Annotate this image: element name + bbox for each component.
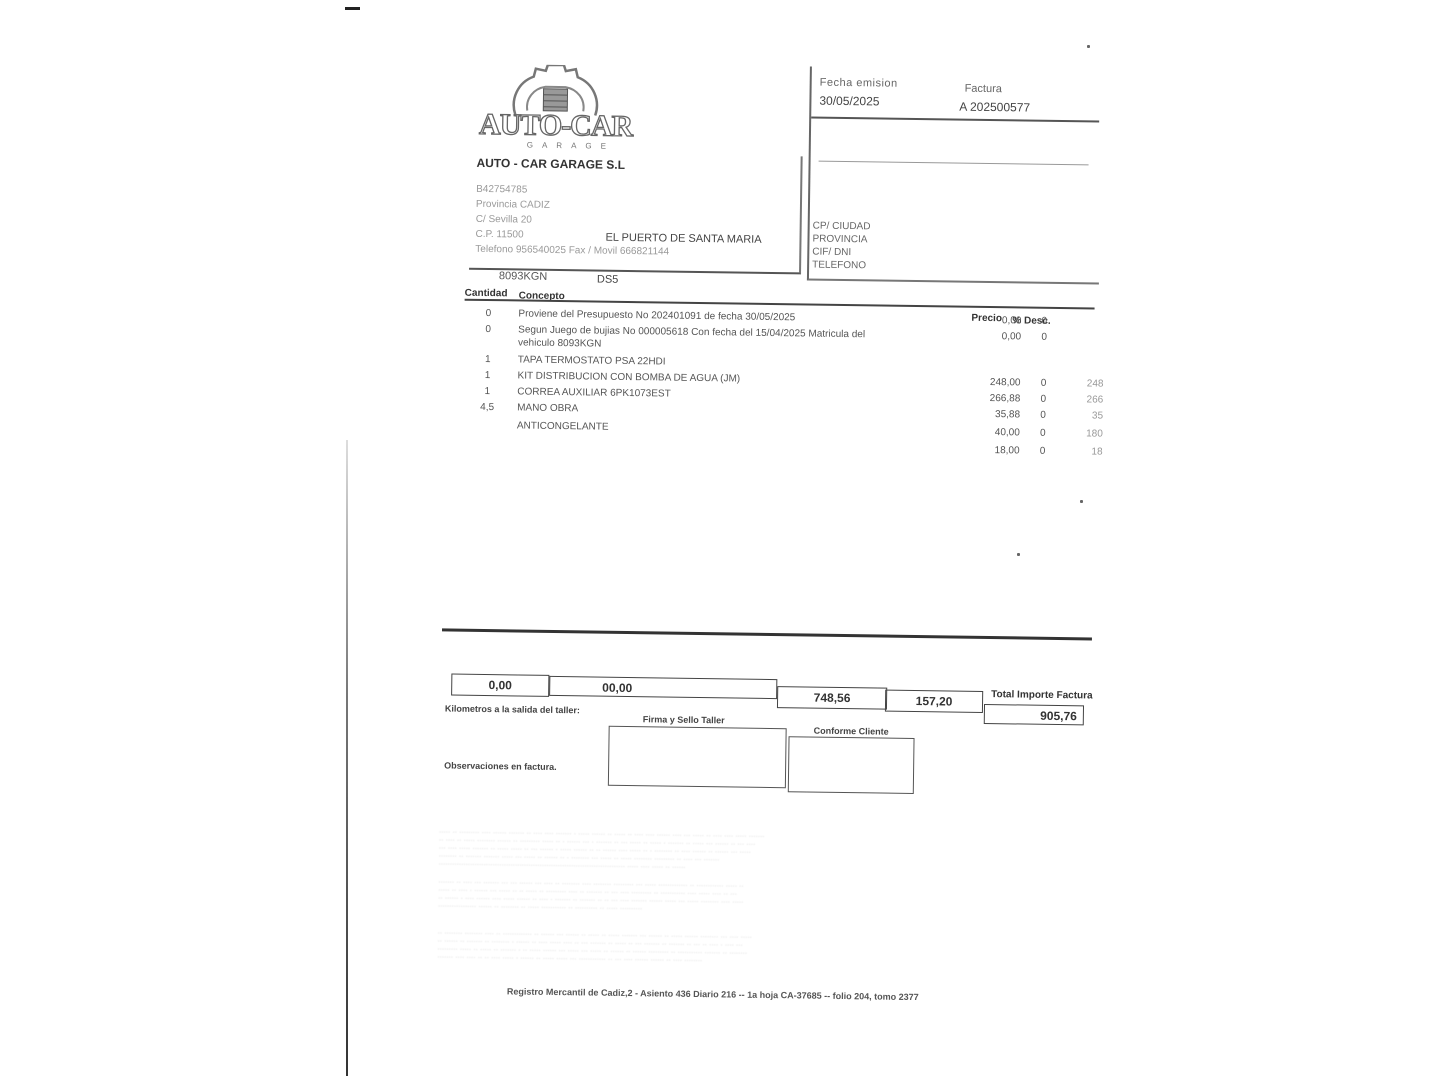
customer-city-label: CP/ CIUDAD <box>813 221 871 233</box>
item-discount: 0 <box>1035 394 1051 405</box>
item-price: 0,00 <box>969 331 1021 343</box>
customer-province-label: PROVINCIA <box>812 234 867 246</box>
item-discount: 0 <box>1034 446 1050 457</box>
observations-label: Observaciones en factura. <box>444 760 557 772</box>
item-discount: 0 <box>1035 428 1051 439</box>
item-price: 266,88 <box>968 393 1020 405</box>
item-quantity: 0 <box>478 324 498 335</box>
workshop-signature-label: Firma y Sello Taller <box>643 714 725 725</box>
item-discount: 0 <box>1035 378 1051 389</box>
invoice-number-label: Factura <box>965 83 1002 96</box>
company-cif: B42754785 <box>476 184 527 196</box>
item-concept: vehiculo 8093KGN <box>518 337 602 349</box>
company-city: EL PUERTO DE SANTA MARIA <box>605 232 761 246</box>
scan-artifact-mark <box>345 7 360 10</box>
item-quantity: 1 <box>478 354 498 365</box>
logo-text: AUTO-CAR <box>479 108 633 144</box>
item-price <box>969 361 1021 362</box>
invoice-total: 905,76 <box>984 704 1084 725</box>
item-discount: 0 <box>1036 332 1052 343</box>
invoice-page: AUTO-CAR GARAGE AUTO - CAR GARAGE S.L B4… <box>426 55 1109 1034</box>
item-amount: 35 <box>1073 410 1103 421</box>
item-concept: CORREA AUXILIAR 6PK1073EST <box>517 386 671 399</box>
company-registry: Registro Mercantil de Cadiz,2 - Asiento … <box>507 986 919 1002</box>
vat-amount: 157,20 <box>885 690 983 713</box>
client-signature-label: Conforme Cliente <box>814 726 889 737</box>
scan-artifact-line <box>346 440 348 1076</box>
legal-paragraph: ....... .. .... ... ....... ... ... ....… <box>438 877 1063 926</box>
totals-box-2: 00,00 <box>549 676 777 699</box>
item-concept: TAPA TERMOSTATO PSA 22HDI <box>518 354 666 367</box>
company-name: AUTO - CAR GARAGE S.L <box>476 156 625 172</box>
item-quantity: 0 <box>478 308 498 319</box>
column-header-qty: Cantidad <box>465 288 508 300</box>
item-price: 35,88 <box>968 409 1020 421</box>
company-logo: AUTO-CAR GARAGE <box>477 64 638 154</box>
item-price: 0,00 <box>969 315 1021 327</box>
item-price: 18,00 <box>967 445 1019 457</box>
totals-box-1: 0,00 <box>451 674 549 697</box>
company-province: Provincia CADIZ <box>476 199 550 211</box>
company-street: C/ Sevilla 20 <box>476 214 532 226</box>
tax-base: 748,56 <box>777 686 887 710</box>
item-amount: 18 <box>1072 446 1102 457</box>
customer-id-label: CIF/ DNI <box>812 247 851 259</box>
item-quantity: 1 <box>477 386 497 397</box>
item-amount: 180 <box>1073 428 1103 439</box>
item-price <box>969 344 1021 345</box>
item-concept: ANTICONGELANTE <box>517 420 609 432</box>
item-quantity: 4,5 <box>477 402 497 413</box>
invoice-number: A 202500577 <box>959 100 1030 115</box>
scan-speck <box>1087 45 1090 48</box>
item-amount: 248 <box>1073 378 1103 389</box>
issue-date: 30/05/2025 <box>819 94 879 109</box>
client-signature-box <box>788 736 915 794</box>
item-price: 248,00 <box>968 377 1020 389</box>
vehicle-model: DS5 <box>597 274 619 286</box>
item-amount: 266 <box>1073 394 1103 405</box>
item-concept: Proviene del Presupuesto No 202401091 de… <box>518 308 795 323</box>
item-concept: KIT DISTRIBUCION CON BOMBA DE AGUA (JM) <box>517 370 740 384</box>
vehicle-plate: 8093KGN <box>499 270 547 283</box>
item-concept: MANO OBRA <box>517 402 578 414</box>
customer-phone-label: TELEFONO <box>812 260 866 272</box>
item-quantity: 1 <box>477 370 497 381</box>
workshop-signature-box <box>608 726 787 788</box>
issue-date-label: Fecha emision <box>820 77 898 90</box>
divider <box>442 628 1092 640</box>
legal-paragraph: .. ........ ........ .... .. ...........… <box>437 928 1063 981</box>
divider <box>465 299 1095 310</box>
item-discount: 0 <box>1035 410 1051 421</box>
legal-paragraph: ..... .. ......... .... ...... ....... .… <box>439 827 1064 876</box>
total-label: Total Importe Factura <box>991 689 1093 701</box>
km-label: Kilometros a la salida del taller: <box>445 703 580 715</box>
company-postcode: C.P. 11500 <box>475 229 523 241</box>
logo-subtext: GARAGE <box>527 141 615 151</box>
item-price: 40,00 <box>968 427 1020 439</box>
item-discount: 0 <box>1036 316 1052 327</box>
